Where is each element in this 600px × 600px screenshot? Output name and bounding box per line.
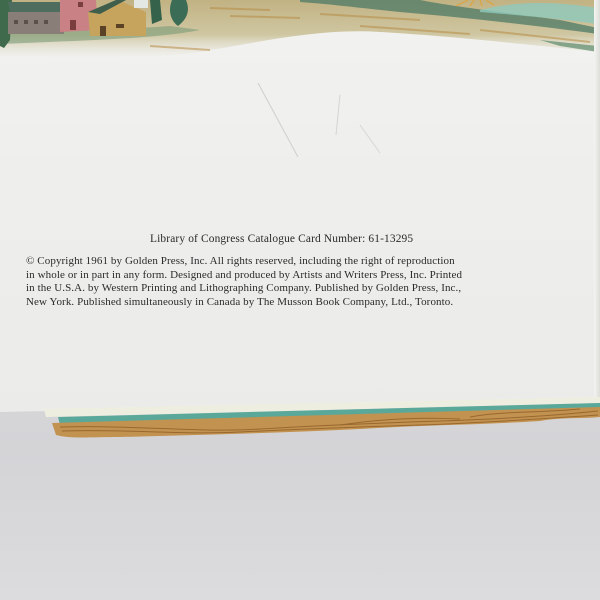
page-scratch-marks: [250, 75, 410, 165]
copyright-line: © Copyright 1961 by Golden Press, Inc. A…: [26, 255, 566, 269]
landscape-painting-icon: [0, 0, 600, 62]
book-spine-edge: [0, 395, 600, 445]
page-right-edge: [594, 0, 600, 408]
copyright-notice: © Copyright 1961 by Golden Press, Inc. A…: [26, 255, 566, 309]
library-of-congress-catalogue-number: Library of Congress Catalogue Card Numbe…: [150, 233, 413, 245]
book-page: Library of Congress Catalogue Card Numbe…: [0, 0, 600, 412]
copyright-line: in whole or in part in any form. Designe…: [26, 269, 566, 283]
copyright-line: in the U.S.A. by Western Printing and Li…: [26, 282, 566, 296]
copyright-line: New York. Published simultaneously in Ca…: [26, 296, 566, 310]
farm-landscape-illustration: [0, 0, 600, 62]
